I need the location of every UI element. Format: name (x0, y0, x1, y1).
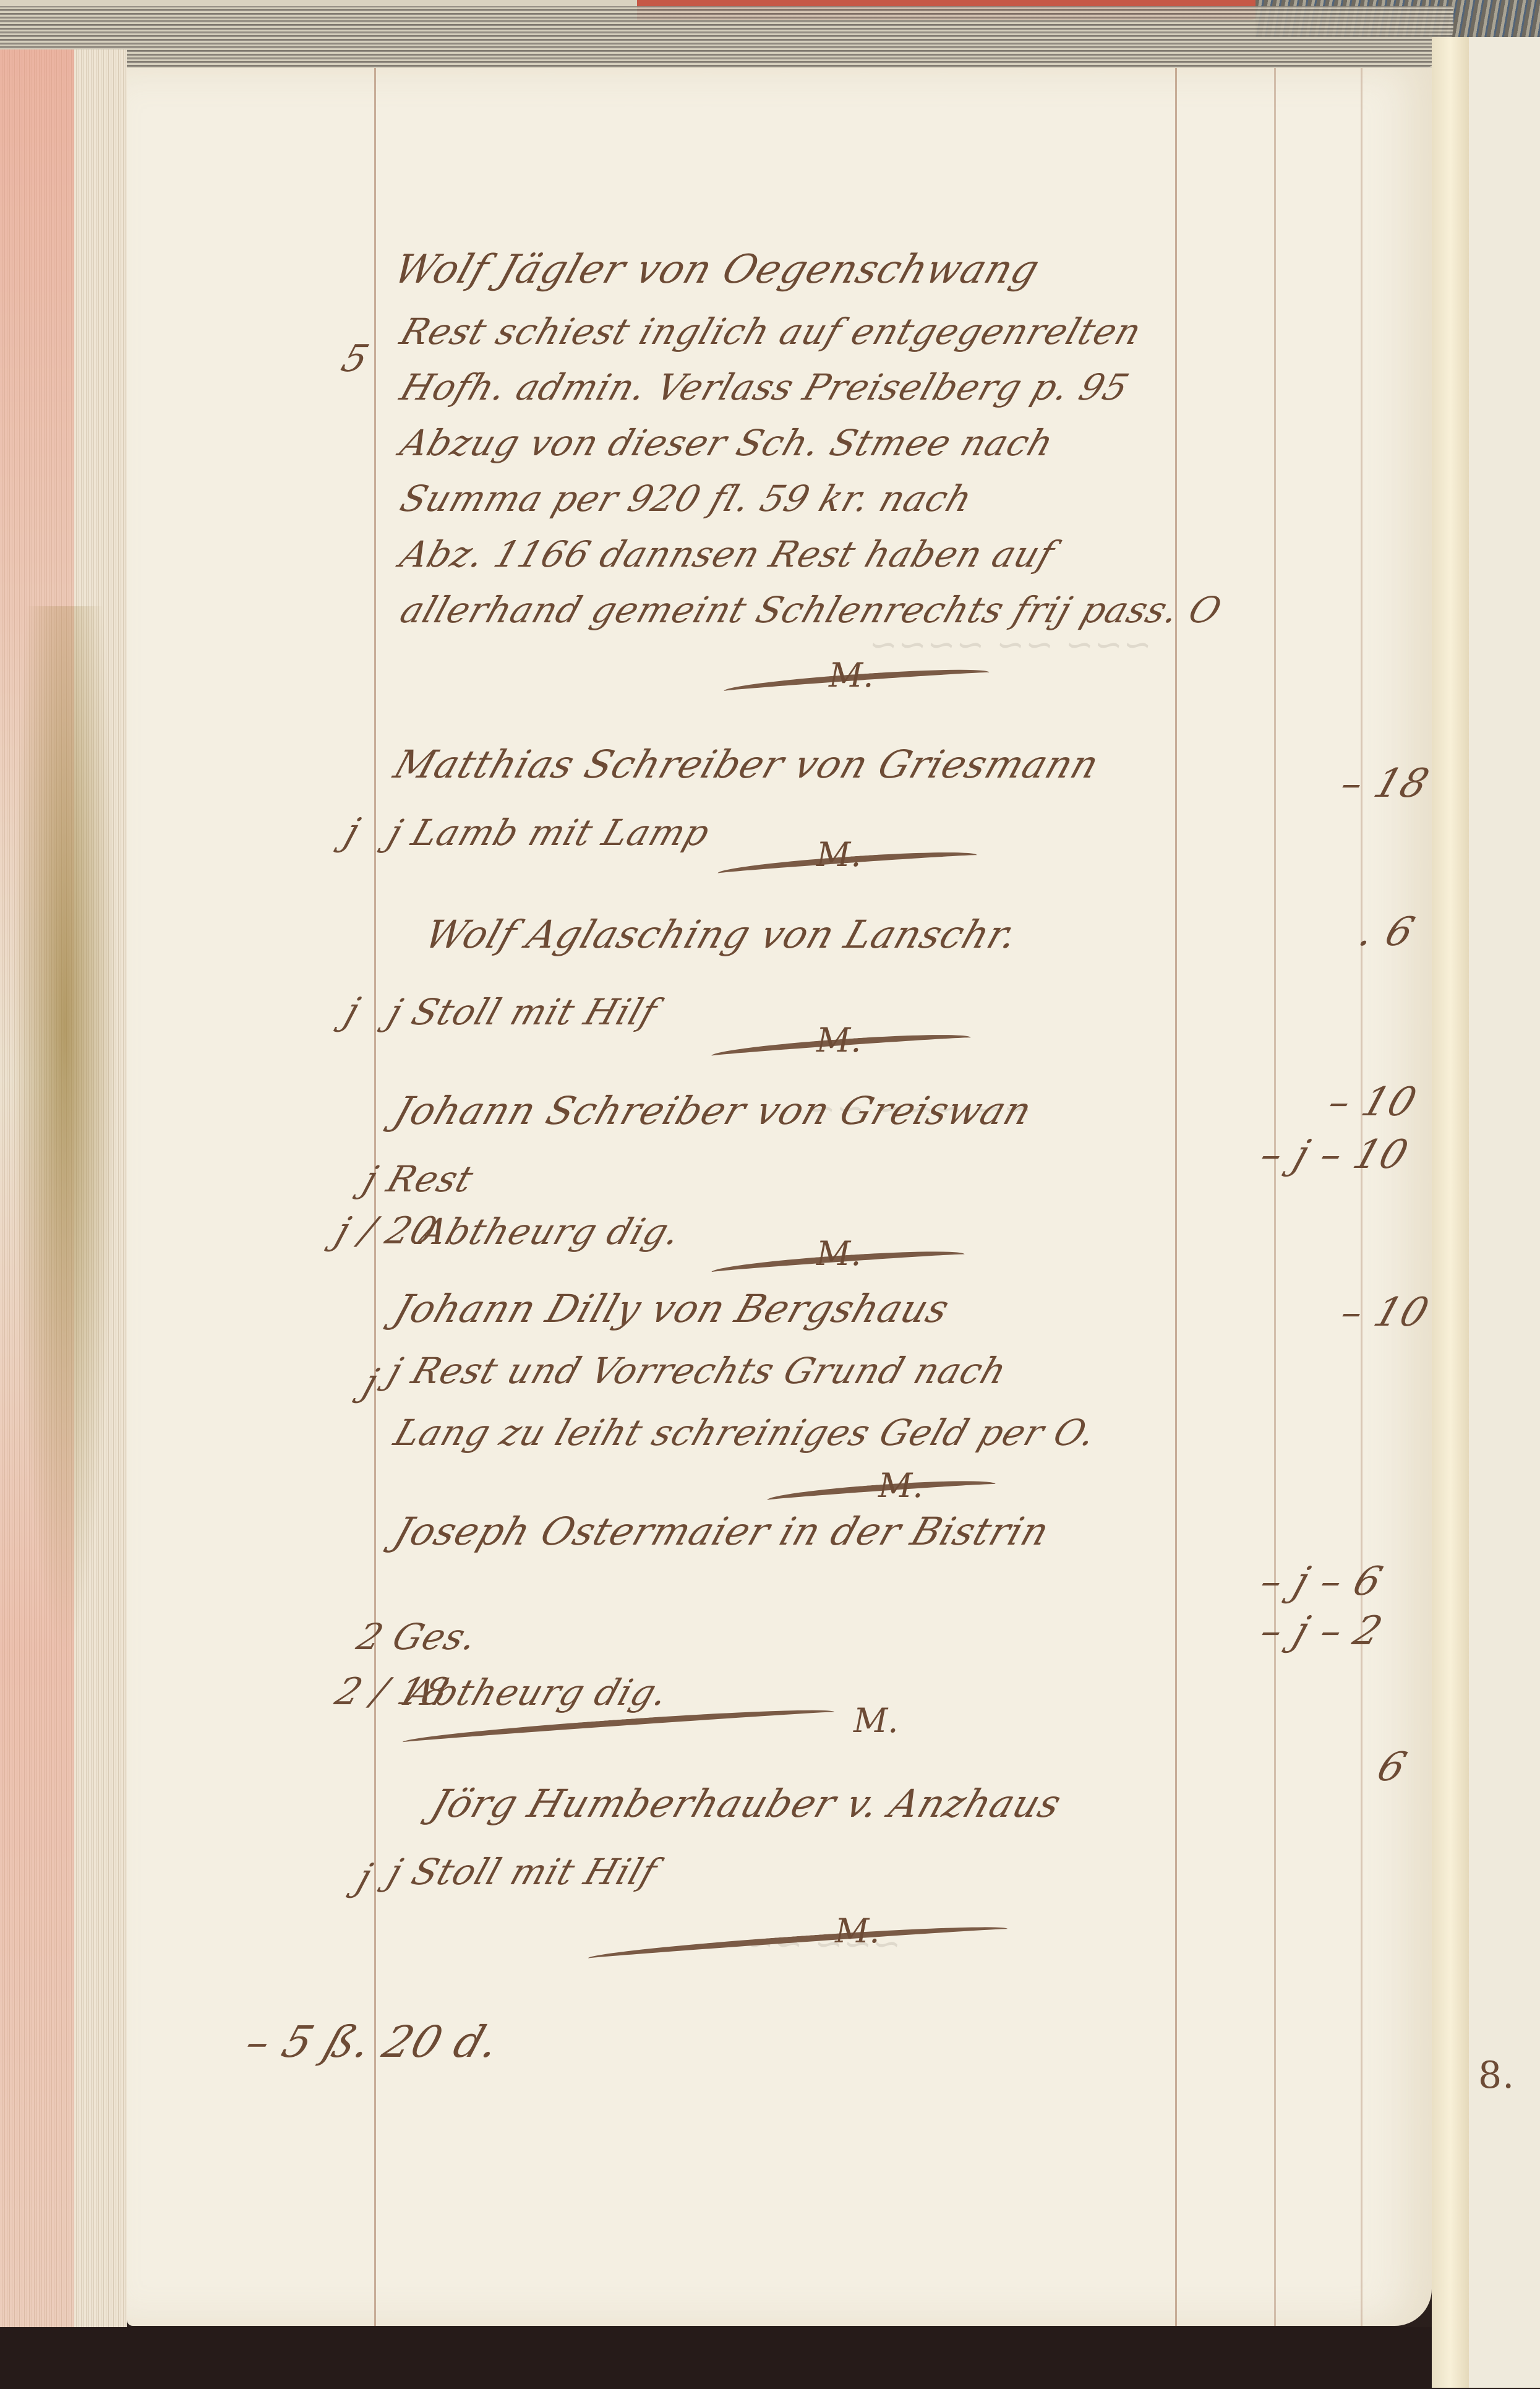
amount: – j – 2 (1254, 1608, 1388, 1654)
signature-mark: M. (816, 1234, 861, 1273)
facing-page (1469, 37, 1540, 2388)
entry-line: j Stoll mit Hilf (382, 1850, 663, 1894)
amount: – j – 10 (1254, 1132, 1414, 1178)
column-rule-2 (1274, 68, 1276, 2326)
entry-line: Joseph Ostermaier in der Bistrin (388, 1509, 1055, 1554)
entry-line: 2 Ges. (351, 1615, 484, 1659)
entry-line: Abz. 1166 dannsen Rest haben auf (395, 532, 1060, 577)
entry-line: Abzug von dieser Sch. Stmee nach (395, 421, 1059, 465)
entry-line: Wolf Aglasching von Lanschr. (419, 912, 1024, 957)
background-dark (0, 2327, 1540, 2389)
facing-page-folio: 8. (1478, 2054, 1515, 2097)
amount: – 10 (1322, 1079, 1422, 1125)
entry-line: Summa per 920 fl. 59 kr. nach (395, 476, 978, 521)
column-rule-1 (1175, 68, 1177, 2326)
entry-line: j Rest (357, 1157, 479, 1201)
entry-line: allerhand gemeint Schlenrechts frij pass… (395, 588, 1227, 632)
gold-edge-stain (12, 606, 118, 1658)
entry-line: Abtheurg dig. (413, 1209, 687, 1254)
entry-line: Hofh. admin. Verlass Preiselberg p. 95 (395, 365, 1135, 410)
entry-line: Rest schiest inglich auf entgegenrelten (395, 309, 1147, 354)
entry-line: Wolf Jägler von Oegenschwang (388, 247, 1045, 292)
signature-mark: M. (829, 656, 873, 695)
entry-line: Johann Dilly von Bergshaus (388, 1287, 955, 1331)
entry-line: Lang zu leiht schreiniges Geld per O. (388, 1410, 1102, 1455)
entry-line: j Lamb mit Lamp (382, 810, 716, 855)
entry-line: Matthias Schreiber von Griesmann (388, 742, 1105, 787)
signature-mark: M. (853, 1701, 898, 1740)
signature-mark: M. (816, 835, 861, 874)
signature-mark: M. (878, 1466, 923, 1505)
page-total: – 5 ß. 20 d. (239, 2017, 507, 2067)
page-stack-left-edge (0, 49, 127, 2338)
amount: – 10 (1335, 1290, 1435, 1336)
entry-line: Johann Schreiber von Greiswan (388, 1089, 1038, 1133)
entry-line: Jörg Humberhauber v. Anzhaus (426, 1782, 1067, 1826)
page-stack-top-edge (0, 6, 1453, 74)
entry-line: j Rest und Vorrechts Grund nach (382, 1349, 1012, 1393)
amount: – 18 (1335, 761, 1435, 807)
signature-mark: M. (835, 1911, 879, 1950)
amount: – j – 6 (1254, 1559, 1388, 1605)
book-gutter (1432, 37, 1469, 2388)
entry-line: j Stoll mit Hilf (382, 990, 663, 1034)
signature-mark: M. (816, 1021, 861, 1060)
column-rule-3 (1361, 68, 1362, 2326)
entry-line: Abtheurg dig. (401, 1670, 674, 1715)
